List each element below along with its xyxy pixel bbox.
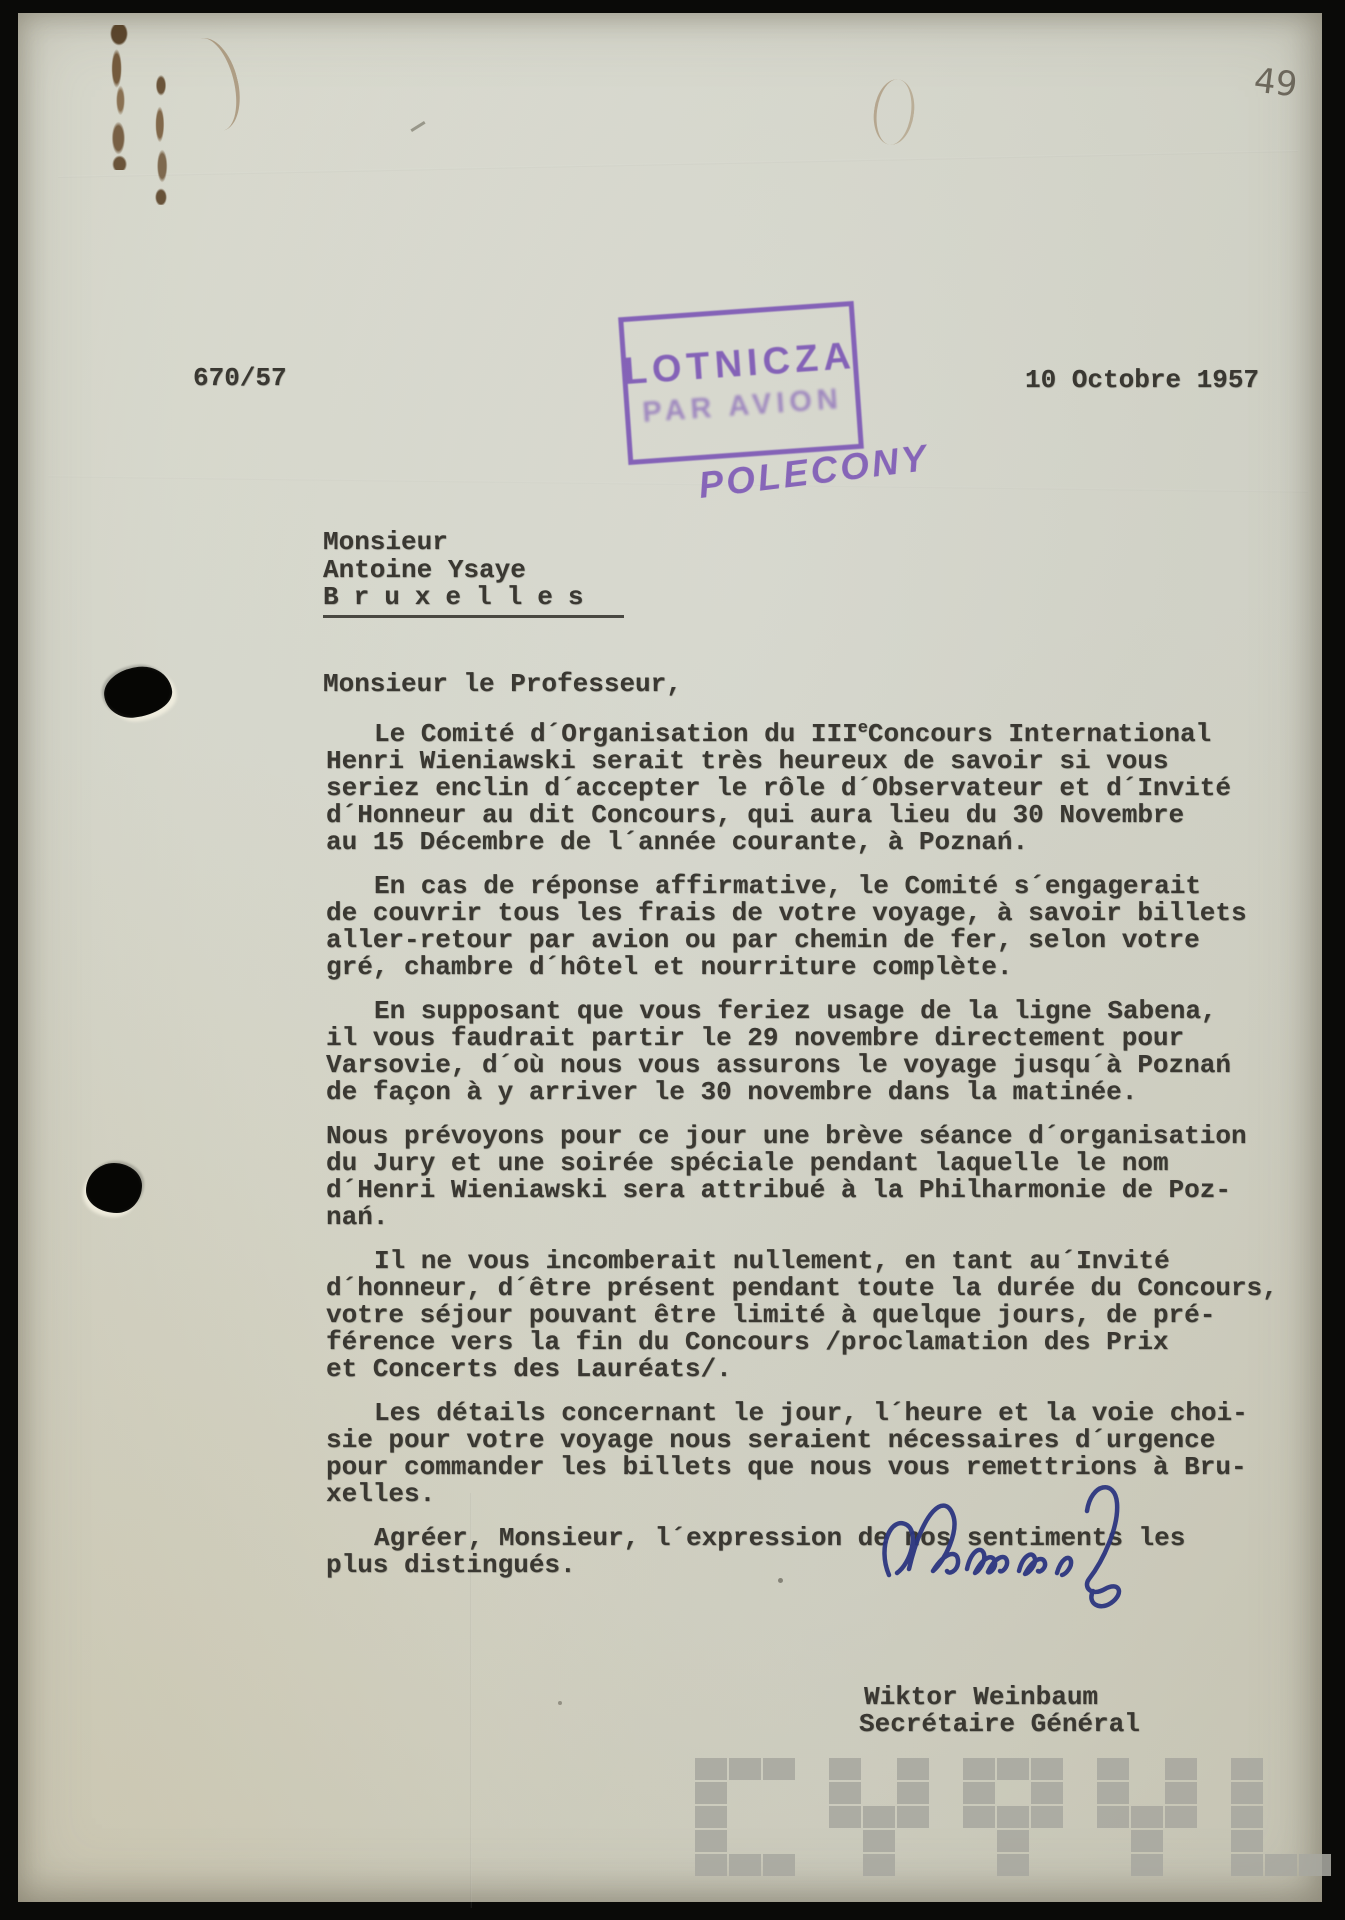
watermark-letter	[829, 1758, 929, 1876]
typewritten-line: Henri Wieniawski serait très heureux de …	[326, 748, 1326, 775]
typewritten-line: au 15 Décembre de l´année courante, à Po…	[326, 829, 1326, 856]
typewritten-line: de façon à y arriver le 30 novembre dans…	[326, 1079, 1326, 1106]
airmail-stamp: LOTNICZA PAR AVION	[618, 301, 864, 465]
typewritten-line: et Concerts des Lauréats/.	[326, 1356, 1326, 1383]
rust-stain	[104, 25, 134, 170]
typewritten-line: aller-retour par avion ou par chemin de …	[326, 927, 1326, 954]
letter-date: 10 Octobre 1957	[1025, 365, 1259, 395]
typewritten-line: En supposant que vous feriez usage de la…	[326, 998, 1326, 1025]
pencil-mark	[410, 121, 425, 132]
typewritten-line: Varsovie, d´où nous vous assurons le voy…	[326, 1052, 1326, 1079]
typewritten-line: du Jury et une soirée spéciale pendant l…	[326, 1150, 1326, 1177]
typewritten-line: En cas de réponse affirmative, le Comité…	[326, 873, 1326, 900]
paper-crease	[48, 475, 1308, 492]
watermark-letter	[695, 1758, 795, 1876]
recipient-salutation: Monsieur	[323, 529, 624, 557]
typewritten-line: nań.	[326, 1204, 1326, 1231]
watermark-letter	[963, 1758, 1063, 1876]
pencil-page-number: 49	[1252, 61, 1300, 106]
rust-stain	[149, 75, 173, 205]
typewritten-line: d´Henri Wieniawski sera attribué à la Ph…	[326, 1177, 1326, 1204]
punch-hole	[86, 1163, 142, 1213]
typewritten-line: gré, chambre d´hôtel et nourriture compl…	[326, 954, 1326, 981]
typewritten-line: seriez enclin d´accepter le rôle d´Obser…	[326, 775, 1326, 802]
paragraph: Il ne vous incomberait nullement, en tan…	[326, 1248, 1326, 1383]
watermark-letter	[1097, 1758, 1197, 1876]
typewritten-line: Il ne vous incomberait nullement, en tan…	[326, 1248, 1326, 1275]
letter-body: Le Comité d´Organisation du IIIeConcours…	[326, 715, 1326, 1596]
typewritten-line: Nous prévoyons pour ce jour une brève sé…	[326, 1123, 1326, 1150]
paragraph: En cas de réponse affirmative, le Comité…	[326, 873, 1326, 981]
typewritten-line: il vous faudrait partir le 29 novembre d…	[326, 1025, 1326, 1052]
paper-crease	[58, 150, 1298, 178]
ink-speck	[558, 1701, 562, 1705]
typewritten-line: férence vers la fin du Concours /proclam…	[326, 1329, 1326, 1356]
rust-stain	[175, 32, 248, 137]
recipient-block: Monsieur Antoine Ysaye Bruxelles	[323, 529, 624, 618]
paragraph: Le Comité d´Organisation du IIIeConcours…	[326, 715, 1326, 856]
recipient-city: Bruxelles	[323, 584, 624, 618]
typewritten-line: de couvrir tous les frais de votre voyag…	[326, 900, 1326, 927]
ink-smudge	[870, 77, 919, 148]
signatory-name: Wiktor Weinbaum	[864, 1682, 1098, 1712]
paragraph: Nous prévoyons pour ce jour une brève sé…	[326, 1123, 1326, 1231]
paragraph: En supposant que vous feriez usage de la…	[326, 998, 1326, 1106]
typewritten-line: Le Comité d´Organisation du IIIeConcours…	[326, 715, 1326, 748]
typewritten-line: Les détails concernant le jour, l´heure …	[326, 1400, 1326, 1427]
reference-number: 670/57	[193, 363, 287, 393]
letter-salutation: Monsieur le Professeur,	[323, 669, 682, 699]
watermark-letter	[1231, 1758, 1331, 1876]
typewritten-line: votre séjour pouvant être limité à quelq…	[326, 1302, 1326, 1329]
handwritten-signature	[873, 1475, 1203, 1625]
letter-paper: 670/57 LOTNICZA PAR AVION 10 Octobre 195…	[18, 13, 1322, 1902]
signatory-title: Secrétaire Général	[859, 1709, 1140, 1739]
typewritten-line: sie pour votre voyage nous seraient néce…	[326, 1427, 1326, 1454]
punch-hole	[102, 664, 175, 721]
scanned-letter-page: 670/57 LOTNICZA PAR AVION 10 Octobre 195…	[0, 0, 1345, 1920]
typewritten-line: d´Honneur au dit Concours, qui aura lieu…	[326, 802, 1326, 829]
cyryl-archive-watermark	[695, 1758, 1331, 1876]
typewritten-line: d´honneur, d´être présent pendant toute …	[326, 1275, 1326, 1302]
recipient-name: Antoine Ysaye	[323, 557, 624, 585]
